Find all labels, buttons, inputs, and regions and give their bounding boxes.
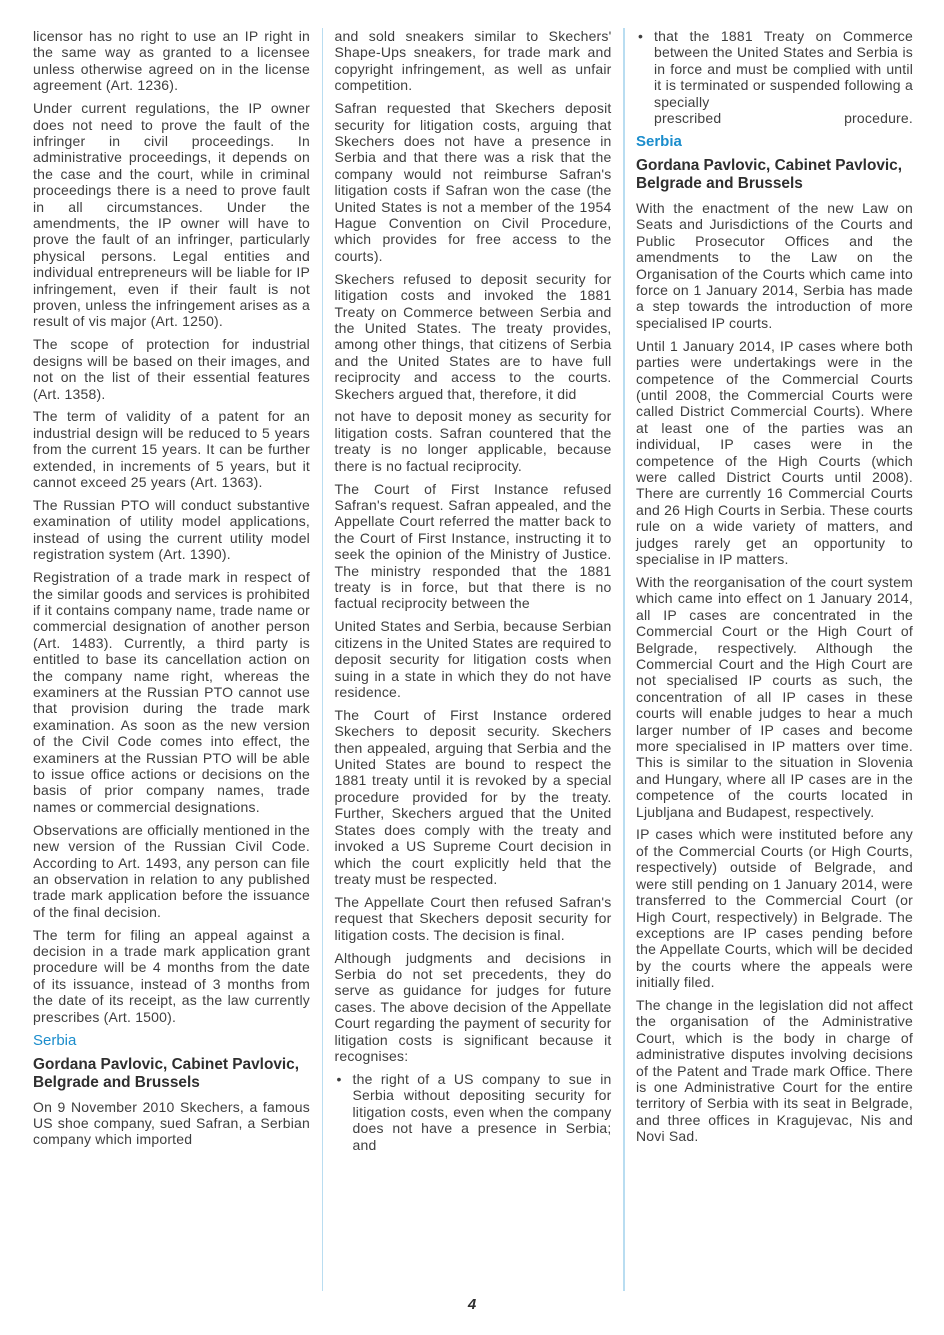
bullet-item: •the right of a US company to sue in Ser… bbox=[335, 1071, 612, 1153]
column-divider bbox=[322, 28, 324, 1291]
paragraph: Observations are officially mentioned in… bbox=[33, 822, 310, 920]
bullet-text: the right of a US company to sue in Serb… bbox=[353, 1071, 612, 1153]
lastline-right: procedure. bbox=[844, 110, 913, 126]
paragraph: Until 1 January 2014, IP cases where bot… bbox=[636, 338, 913, 568]
column-2: and sold sneakers similar to Skechers' S… bbox=[335, 28, 612, 1291]
author-heading: Gordana Pavlovic, Cabinet Pavlovic, Belg… bbox=[636, 157, 913, 193]
paragraph: The change in the legislation did not af… bbox=[636, 997, 913, 1145]
paragraph: and sold sneakers similar to Skechers' S… bbox=[335, 28, 612, 94]
column-divider bbox=[623, 28, 625, 1291]
bullet-item: •that the 1881 Treaty on Commerce betwee… bbox=[636, 28, 913, 126]
paragraph: licensor has no right to use an IP right… bbox=[33, 28, 310, 94]
paragraph: The term of validity of a patent for an … bbox=[33, 408, 310, 490]
paragraph: With the enactment of the new Law on Sea… bbox=[636, 200, 913, 331]
section-heading-serbia: Serbia bbox=[636, 133, 913, 150]
section-heading-serbia: Serbia bbox=[33, 1032, 310, 1049]
bullet-text-main: that the 1881 Treaty on Commerce between… bbox=[654, 28, 913, 110]
document-page: licensor has no right to use an IP right… bbox=[0, 0, 944, 1335]
page-content: licensor has no right to use an IP right… bbox=[33, 28, 913, 1291]
column-3: •that the 1881 Treaty on Commerce betwee… bbox=[636, 28, 913, 1291]
paragraph: The term for filing an appeal against a … bbox=[33, 927, 310, 1025]
paragraph: The Court of First Instance refused Safr… bbox=[335, 481, 612, 612]
paragraph: With the reorganisation of the court sys… bbox=[636, 574, 913, 820]
bullet-text-main: the right of a US company to sue in Serb… bbox=[353, 1071, 612, 1153]
paragraph: The Russian PTO will conduct substantive… bbox=[33, 497, 310, 563]
paragraph: United States and Serbia, because Serbia… bbox=[335, 618, 612, 700]
author-heading: Gordana Pavlovic, Cabinet Pavlovic, Belg… bbox=[33, 1056, 310, 1092]
paragraph: Safran requested that Skechers deposit s… bbox=[335, 100, 612, 264]
bullet-icon: • bbox=[335, 1071, 353, 1153]
lastline-left: prescribed bbox=[654, 110, 721, 126]
paragraph: The Court of First Instance ordered Skec… bbox=[335, 707, 612, 887]
paragraph: not have to deposit money as security fo… bbox=[335, 408, 612, 474]
paragraph: Registration of a trade mark in respect … bbox=[33, 569, 310, 815]
page-number: 4 bbox=[0, 1296, 944, 1313]
bullet-text: that the 1881 Treaty on Commerce between… bbox=[654, 28, 913, 126]
paragraph: On 9 November 2010 Skechers, a famous US… bbox=[33, 1099, 310, 1148]
bullet-text-lastline: prescribedprocedure. bbox=[654, 110, 913, 126]
paragraph: The Appellate Court then refused Safran'… bbox=[335, 894, 612, 943]
paragraph: Skechers refused to deposit security for… bbox=[335, 271, 612, 402]
paragraph: IP cases which were instituted before an… bbox=[636, 826, 913, 990]
paragraph: Although judgments and decisions in Serb… bbox=[335, 950, 612, 1065]
bullet-icon: • bbox=[636, 28, 654, 126]
paragraph: Under current regulations, the IP owner … bbox=[33, 100, 310, 330]
column-1: licensor has no right to use an IP right… bbox=[33, 28, 310, 1291]
paragraph: The scope of protection for industrial d… bbox=[33, 336, 310, 402]
